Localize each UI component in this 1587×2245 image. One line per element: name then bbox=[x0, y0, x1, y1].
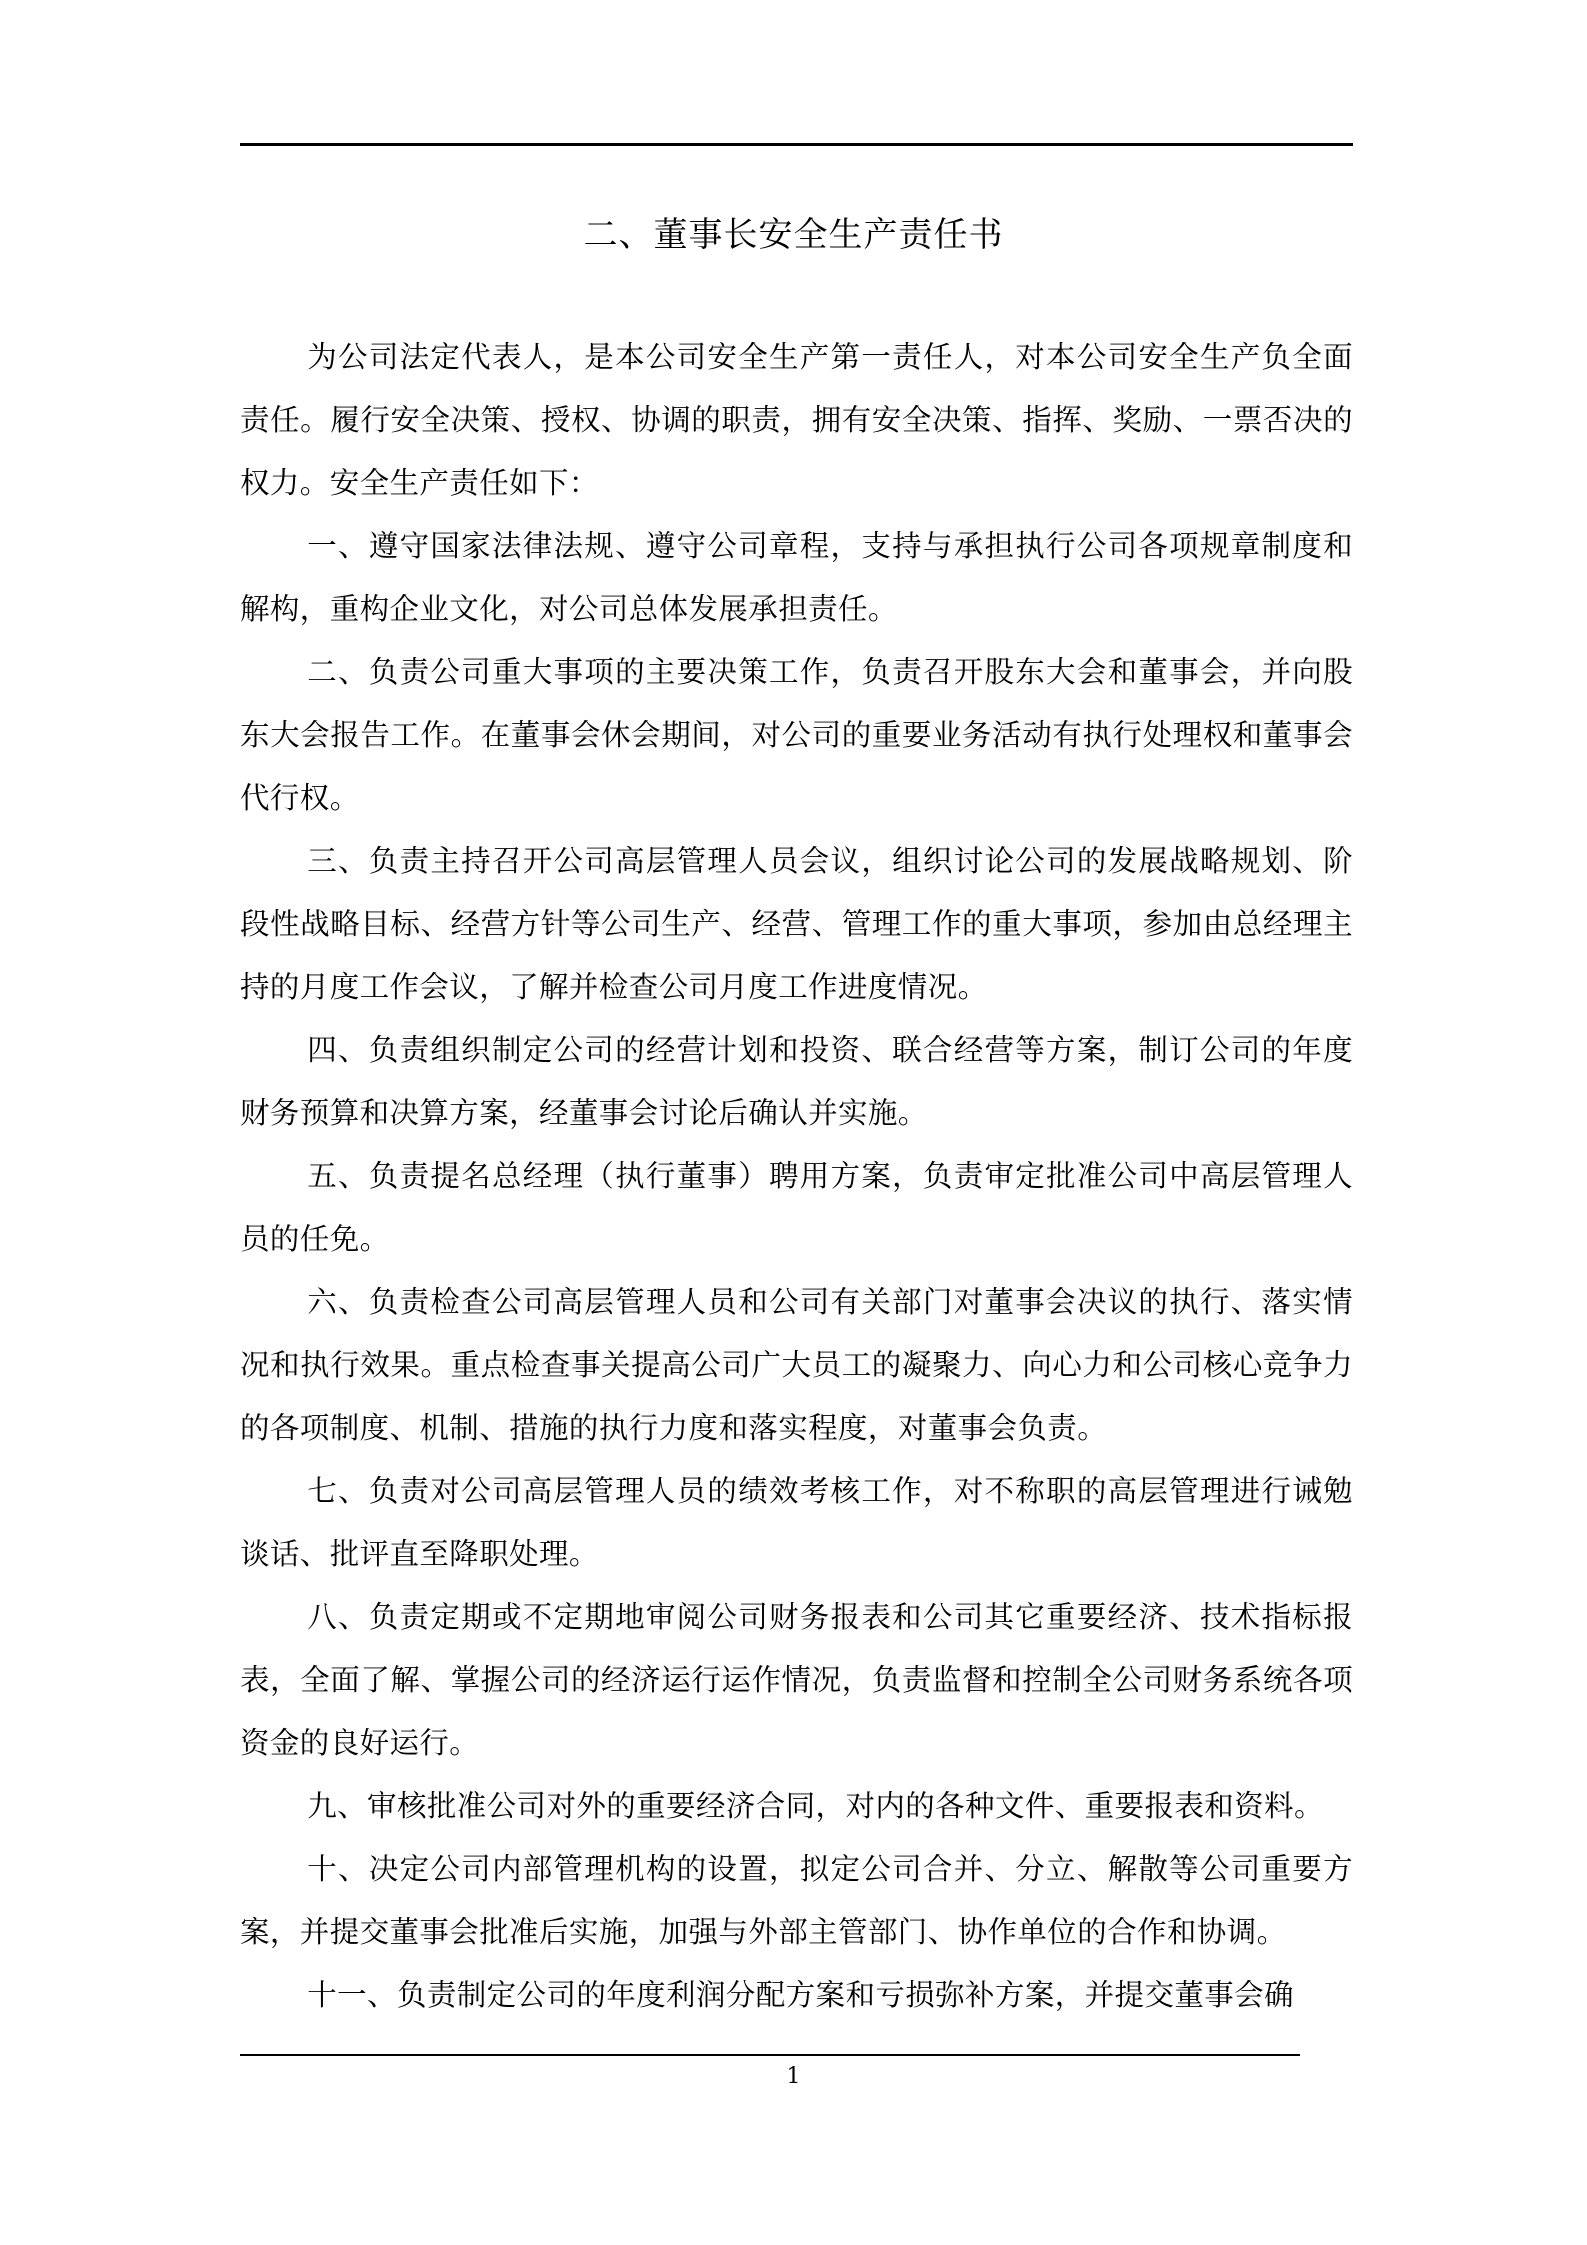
document-title: 二、董事长安全生产责任书 bbox=[0, 210, 1587, 260]
paragraph-item-9: 九、审核批准公司对外的重要经济合同，对内的各种文件、重要报表和资料。 bbox=[240, 1775, 1353, 1838]
page-number: 1 bbox=[0, 2062, 1587, 2092]
paragraph-item-8: 八、负责定期或不定期地审阅公司财务报表和公司其它重要经济、技术指标报表，全面了解… bbox=[240, 1586, 1353, 1775]
document-body: 为公司法定代表人，是本公司安全生产第一责任人，对本公司安全生产负全面责任。履行安… bbox=[240, 326, 1353, 2027]
paragraph-item-1: 一、遵守国家法律法规、遵守公司章程，支持与承担执行公司各项规章制度和解构，重构企… bbox=[240, 515, 1353, 641]
paragraph-item-2: 二、负责公司重大事项的主要决策工作，负责召开股东大会和董事会，并向股东大会报告工… bbox=[240, 641, 1353, 830]
paragraph-item-7: 七、负责对公司高层管理人员的绩效考核工作，对不称职的高层管理进行诫勉谈话、批评直… bbox=[240, 1460, 1353, 1586]
paragraph-item-4: 四、负责组织制定公司的经营计划和投资、联合经营等方案，制订公司的年度财务预算和决… bbox=[240, 1019, 1353, 1145]
paragraph-item-11: 十一、负责制定公司的年度利润分配方案和亏损弥补方案，并提交董事会确 bbox=[240, 1964, 1353, 2027]
footer-rule bbox=[240, 2054, 1300, 2056]
header-rule bbox=[240, 143, 1353, 146]
paragraph-item-6: 六、负责检查公司高层管理人员和公司有关部门对董事会决议的执行、落实情况和执行效果… bbox=[240, 1271, 1353, 1460]
paragraph-item-3: 三、负责主持召开公司高层管理人员会议，组织讨论公司的发展战略规划、阶段性战略目标… bbox=[240, 830, 1353, 1019]
paragraph-item-5: 五、负责提名总经理（执行董事）聘用方案，负责审定批准公司中高层管理人员的任免。 bbox=[240, 1145, 1353, 1271]
paragraph-item-10: 十、决定公司内部管理机构的设置，拟定公司合并、分立、解散等公司重要方案，并提交董… bbox=[240, 1838, 1353, 1964]
paragraph-intro: 为公司法定代表人，是本公司安全生产第一责任人，对本公司安全生产负全面责任。履行安… bbox=[240, 326, 1353, 515]
